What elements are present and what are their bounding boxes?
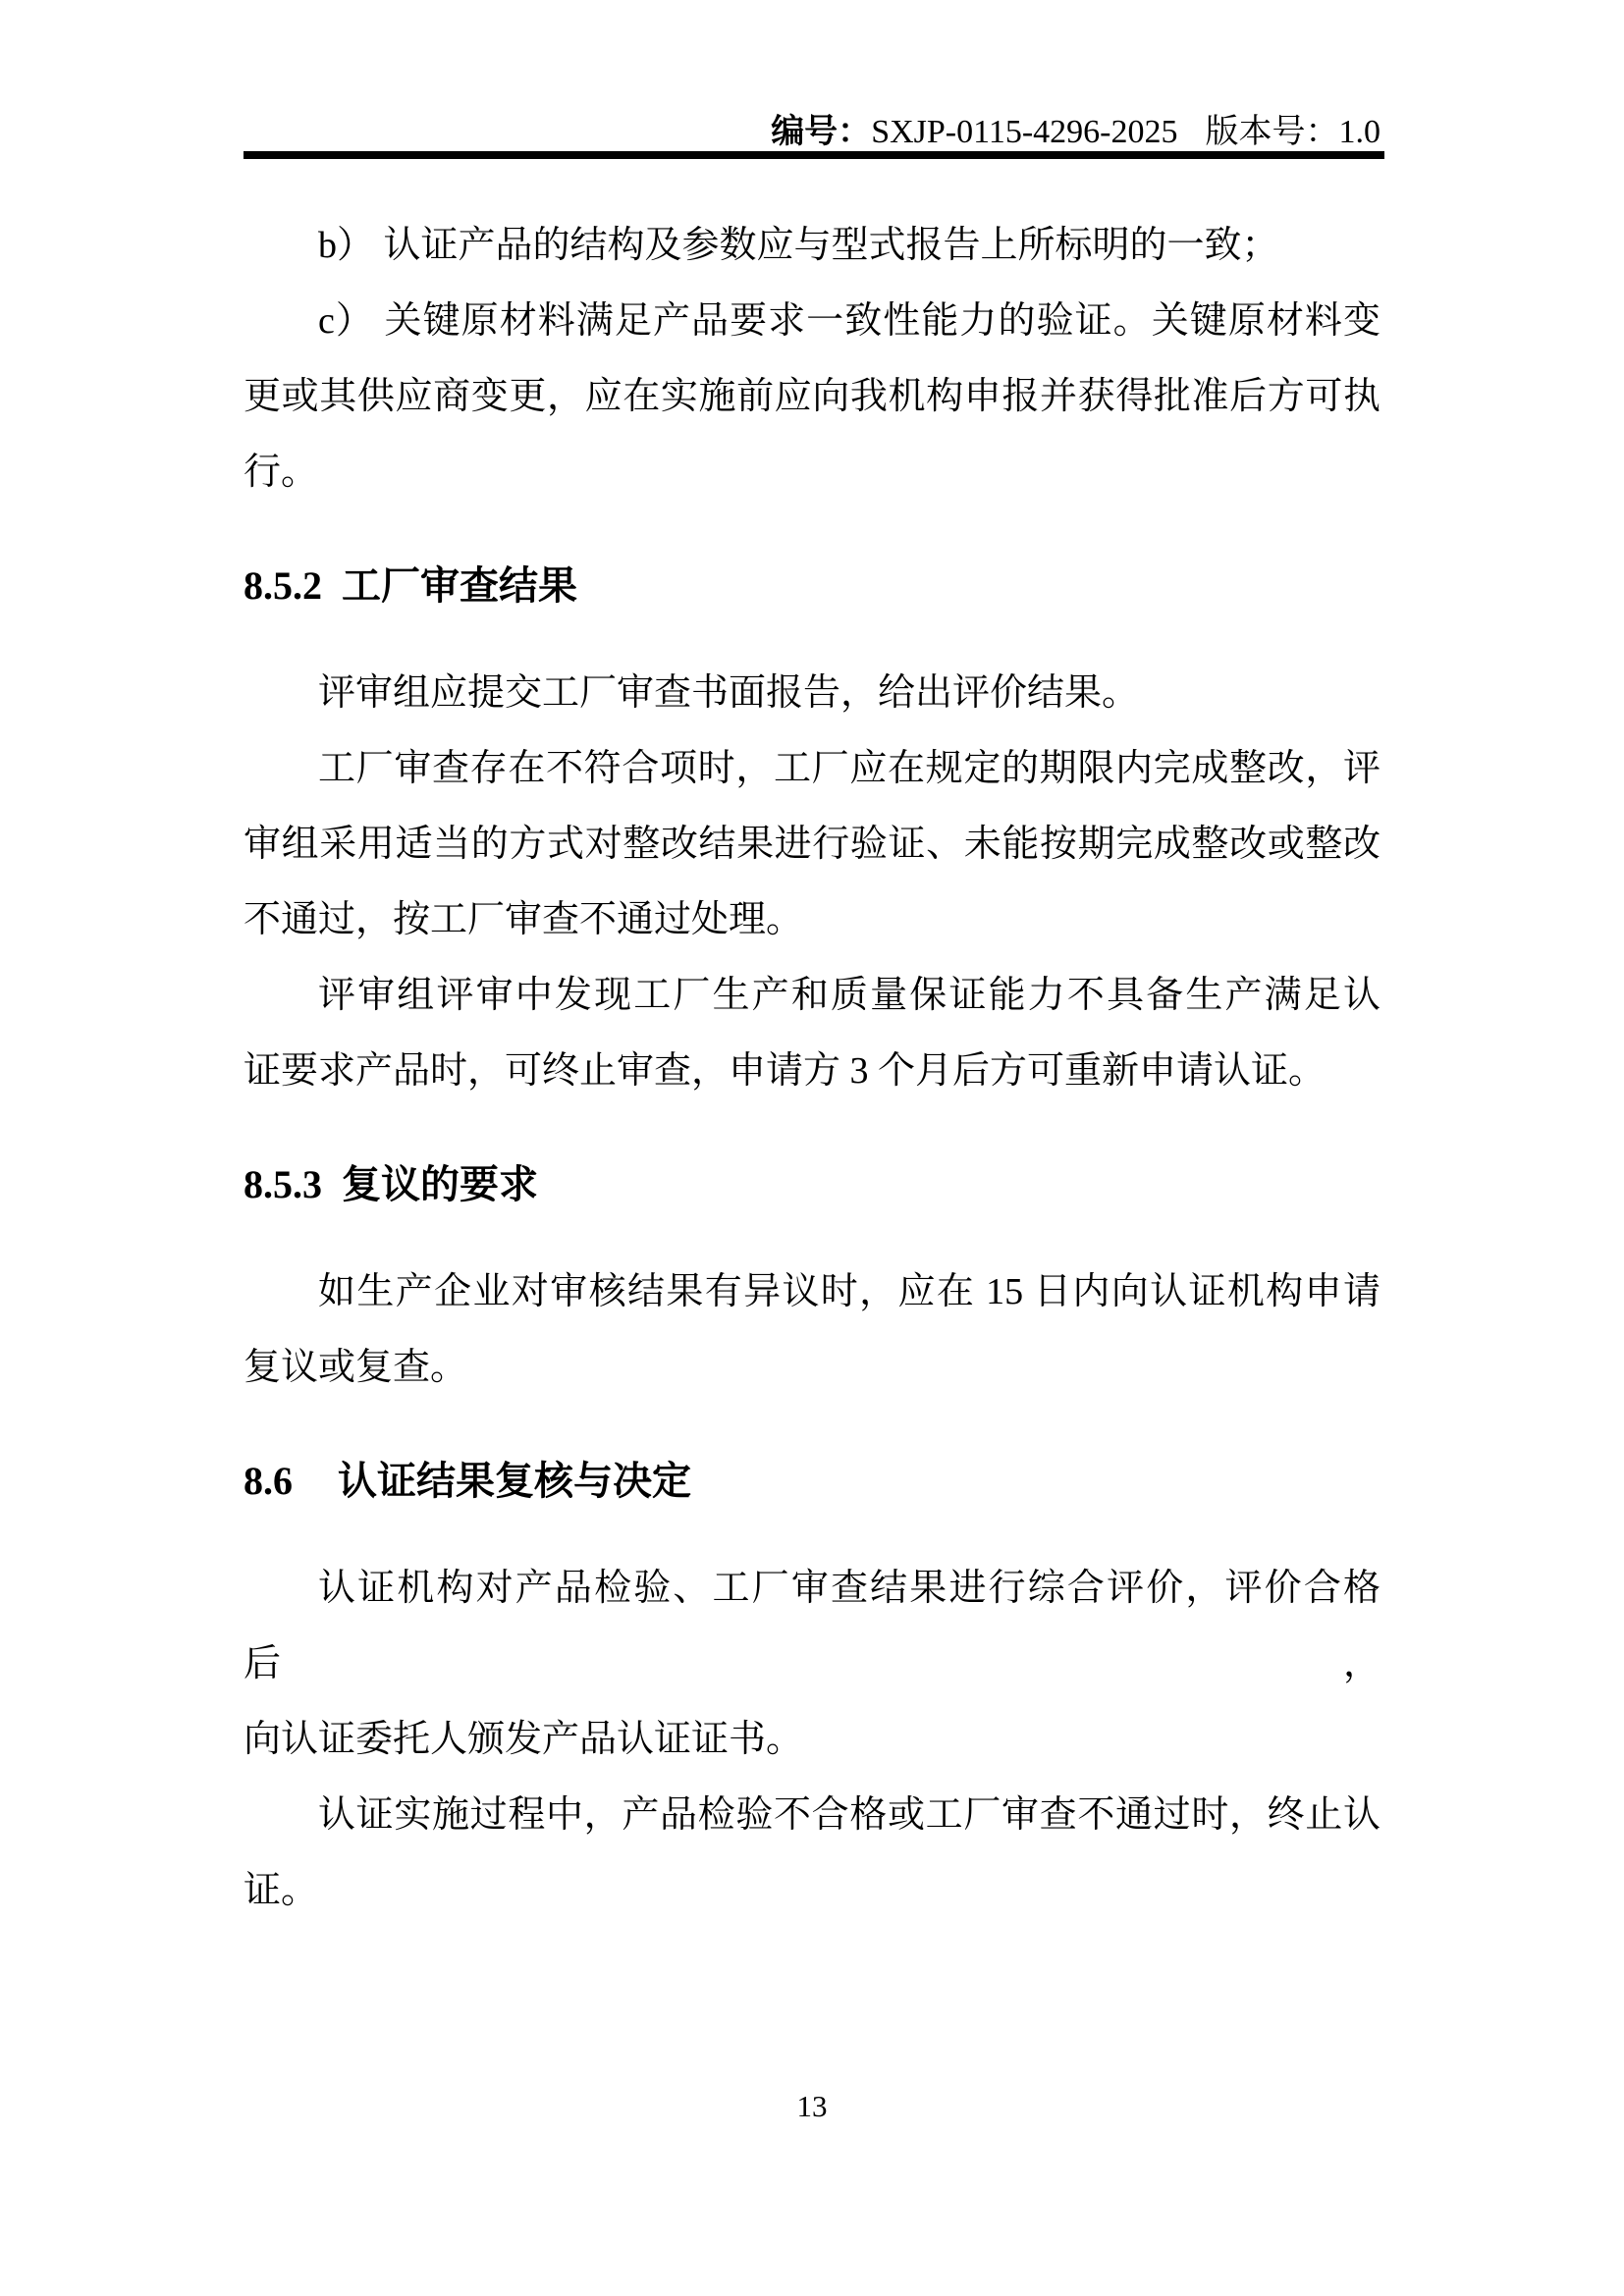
header-divider-line [244,151,1384,159]
section-number: 8.5.3 [244,1162,322,1206]
document-page: 编号：SXJP-0115-4296-2025版本号：1.0 b） 认证产品的结构… [0,0,1624,2296]
paragraph-line: 审组采用适当的方式对整改结果进行验证、未能按期完成整改或整改 [244,807,1380,882]
section-heading-8-5-3: 8.5.3复议的要求 [244,1147,1380,1222]
list-item-c-line-3: 行。 [244,435,1380,510]
paragraph-line: 评审组应提交工厂审查书面报告，给出评价结果。 [244,656,1380,731]
list-item-b-line: b） 认证产品的结构及参数应与型式报告上所标明的一致； [244,208,1380,284]
paragraph-line: 如生产企业对审核结果有异议时，应在 15 日内向认证机构申请 [244,1255,1380,1330]
list-item-c-line-2: 更或其供应商变更，应在实施前应向我机构申报并获得批准后方可执 [244,359,1380,435]
paragraph-line: 不通过，按工厂审查不通过处理。 [244,882,1380,958]
section-title: 工厂审查结果 [342,563,577,608]
version-label: 版本号： [1206,114,1339,150]
paragraph-line: 工厂审查存在不符合项时，工厂应在规定的期限内完成整改，评 [244,731,1380,807]
doc-number-value: SXJP-0115-4296-2025 [871,114,1177,150]
section-heading-8-5-2: 8.5.2工厂审查结果 [244,548,1380,623]
paragraph-line: 复议或复查。 [244,1330,1380,1406]
section-heading-8-6: 8.6认证结果复核与决定 [244,1443,1380,1519]
paragraph-line: 评审组评审中发现工厂生产和质量保证能力不具备生产满足认 [244,958,1380,1034]
page-header: 编号：SXJP-0115-4296-2025版本号：1.0 [244,112,1380,153]
paragraph-line: 证。 [244,1853,1380,1929]
section-number: 8.6 [244,1459,293,1503]
paragraph-line: 证要求产品时，可终止审查，申请方 3 个月后方可重新申请认证。 [244,1034,1380,1109]
document-body: b） 认证产品的结构及参数应与型式报告上所标明的一致； c） 关键原材料满足产品… [244,208,1380,1929]
doc-number-label: 编号： [771,114,871,150]
version-value: 1.0 [1339,114,1381,150]
page-number: 13 [0,2087,1624,2126]
section-number: 8.5.2 [244,563,322,608]
paragraph-line: 认证机构对产品检验、工厂审查结果进行综合评价，评价合格后， [244,1551,1380,1702]
section-title: 认证结果复核与决定 [338,1459,691,1503]
paragraph-line: 向认证委托人颁发产品认证证书。 [244,1702,1380,1778]
paragraph-line: 认证实施过程中，产品检验不合格或工厂审查不通过时，终止认 [244,1778,1380,1853]
list-item-c-line-1: c） 关键原材料满足产品要求一致性能力的验证。关键原材料变 [244,284,1380,359]
section-title: 复议的要求 [342,1162,538,1206]
